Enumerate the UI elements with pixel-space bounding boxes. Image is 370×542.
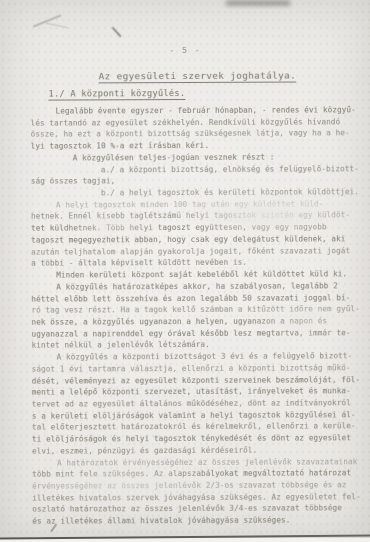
scanned-document-page: - 5 - Az egyesületi szervek joghatálya. … (0, 0, 370, 542)
text-line: tervet ad az egyesület általános működés… (32, 397, 360, 410)
paper-background: - 5 - Az egyesületi szervek joghatálya. … (0, 0, 370, 542)
text-line: nek össze, a közgyűlés ugyanazon a helye… (31, 315, 359, 328)
text-line: tal előterjesztett határozatokról és kér… (32, 421, 360, 434)
text-line: és az illetékes állami hivatalok jóváhag… (32, 514, 360, 527)
page-number: - 5 - (0, 45, 370, 56)
text-line: hetnek. Ennél kisebb taglétszámú helyi t… (31, 210, 359, 223)
text-line: A közgyűlés határozatképes akkor, ha sza… (31, 280, 359, 293)
text-line: ró tag vesz részt. Ha a tagok kellő szám… (31, 303, 359, 316)
document-title: Az egyesületi szervek joghatálya. (0, 70, 370, 83)
text-line: ságot 1 évi tartamra választja, ellenőrz… (32, 362, 360, 375)
document-body: Legalább évente egyszer - február hónapb… (30, 104, 360, 527)
text-line: össze, ha ezt a központi bizottság szüks… (31, 128, 359, 141)
text-line: A határozatok érvényességéhez az összes … (32, 456, 360, 469)
text-line: oszlató határozathoz az összes jelenlévő… (32, 503, 360, 516)
typewritten-content: - 5 - Az egyesületi szervek joghatálya. … (0, 0, 370, 542)
text-line: a többi - általa képviselt küldött nevéb… (31, 257, 359, 270)
section-heading: 1./ A központi közgyűlés. (48, 89, 185, 100)
